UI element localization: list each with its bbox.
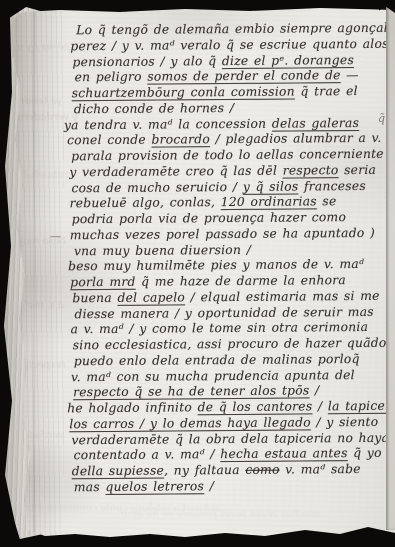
underlined-phrase: porla mrd — [70, 275, 135, 290]
underlined-phrase: schuartzembōurg conla comission — [72, 84, 295, 100]
phrase: diesse manera / y oportunidad de seruir … — [74, 304, 373, 320]
margin-mark: q̃ — [378, 112, 385, 125]
phrase: contentado a v. maᵈ / — [73, 447, 220, 462]
phrase: perez / y v. maᵈ veralo q̃ se escriue qu… — [70, 37, 388, 53]
underlined-phrase: dize el pᵉ. doranges — [222, 53, 354, 68]
phrase: he holgado infinito — [67, 400, 198, 415]
underlined-phrase: della supiesse — [72, 464, 164, 479]
phrase: sino ecclesiastica, assi procuro de haze… — [73, 336, 387, 352]
phrase: beso muy humilmēte pies y manos de v. ma… — [68, 257, 364, 273]
underlined-phrase: delas galeras — [272, 115, 359, 130]
phrase: v. maᵈ sabe — [280, 462, 361, 477]
adjacent-page-edge — [386, 7, 395, 530]
phrase: q̃ trae el — [295, 84, 358, 98]
text-block: Lo q̃ tengõ de alemaña embio siempre ago… — [68, 21, 394, 496]
manuscript-page: perez / y v. maᵈ veralo q̃ se escriue qu… — [0, 0, 395, 547]
phrase: a v. maᵈ / y como le tome sin otra cerim… — [70, 320, 368, 336]
phrase: muchas vezes porel passado se ha apuntad… — [70, 226, 375, 242]
underlined-phrase: somos de perder el conde de — [147, 68, 340, 84]
phrase: cosa de mucho seruicio / — [71, 179, 242, 194]
phrase: pensionarios / y alo q̃ — [72, 54, 222, 69]
underlined-phrase: la tapiceria — [328, 399, 395, 414]
manuscript-line: v. maᵈ con su mucha prudencia apunta del — [71, 367, 393, 385]
phrase: q̃ me haze de darme la enhora — [136, 273, 346, 289]
phrase: puedo enlo dela entrada de malinas porlo… — [74, 352, 360, 368]
phrase: buena — [72, 291, 117, 305]
phrase: se — [317, 194, 337, 208]
phrase: y verdaderamēte creo q̃ las dēl — [69, 163, 282, 179]
underlined-phrase: respecto — [283, 163, 339, 177]
struck-phrase: como — [245, 463, 279, 477]
phrase: rebueluē algo, conlas, — [70, 195, 221, 210]
phrase: dicho conde de hornes / — [74, 101, 234, 116]
phrase: / plegadios alumbrar a v. maᵈ — [210, 131, 395, 147]
phrase: Lo q̃ tengõ de alemaña embio siempre ago… — [76, 21, 395, 38]
manuscript-line: schuartzembōurg conla comission q̃ trae … — [72, 84, 391, 102]
margin-dash-mark: — — [50, 230, 60, 243]
phrase: vna muy buena diuersion / — [74, 242, 251, 257]
underlined-phrase: brocardo — [151, 132, 210, 146]
phrase: / y siento — [311, 415, 379, 430]
phrase: en peligro — [75, 70, 148, 85]
underlined-phrase: los carros / y lo demas haya llegado — [69, 415, 311, 431]
manuscript-line: della supiesse, ny faltaua como v. maᵈ s… — [72, 462, 394, 480]
phrase: conel conde — [67, 133, 152, 148]
page-crease — [33, 8, 35, 533]
show-through-fragment: muchas vezes porel passado se ha apuntad… — [120, 509, 320, 520]
phrase: q̃ yo — [348, 446, 382, 460]
phrase: franceses — [298, 178, 366, 193]
underlined-phrase: quelos letreros — [105, 479, 204, 494]
phrase: podria porla via de prouença hazer como — [72, 210, 347, 226]
phrase: / — [312, 399, 328, 413]
underlined-phrase: del capelo — [117, 290, 185, 305]
phrase: — — [341, 68, 359, 82]
underlined-phrase: de q̃ los cantores — [198, 399, 313, 414]
phrase: verdaderamēte q̃ la obra dela tapiceria … — [71, 430, 389, 446]
underlined-phrase: 120 ordinarias — [221, 195, 317, 210]
phrase: / — [309, 384, 319, 398]
manuscript-scan: perez / y v. maᵈ veralo q̃ se escriue qu… — [0, 0, 395, 547]
phrase: / — [204, 479, 214, 493]
phrase: ya tendra v. maᵈ la concession — [64, 116, 272, 132]
manuscript-line: mas quelos letreros / — [74, 477, 394, 495]
phrase: , ny faltaua — [164, 463, 245, 478]
phrase: mas — [74, 480, 106, 494]
underlined-phrase: respecto q̃ se ha de tener alos tpōs — [73, 384, 310, 400]
manuscript-line: cosa de mucho seruicio / y q̃ silos fran… — [71, 178, 391, 196]
phrase: v. maᵈ con su mucha prudencia apunta del — [71, 368, 355, 384]
underlined-phrase: y q̃ silos — [243, 179, 299, 193]
underlined-phrase: hecha estaua antes — [220, 446, 347, 461]
phrase: parala provision de todo lo aellas conce… — [71, 147, 394, 164]
manuscript-line: muchas vezes porel passado se ha apuntad… — [70, 225, 392, 243]
phrase: / elqual estimaria mas si me — [185, 289, 380, 305]
phrase: seria — [338, 163, 376, 177]
